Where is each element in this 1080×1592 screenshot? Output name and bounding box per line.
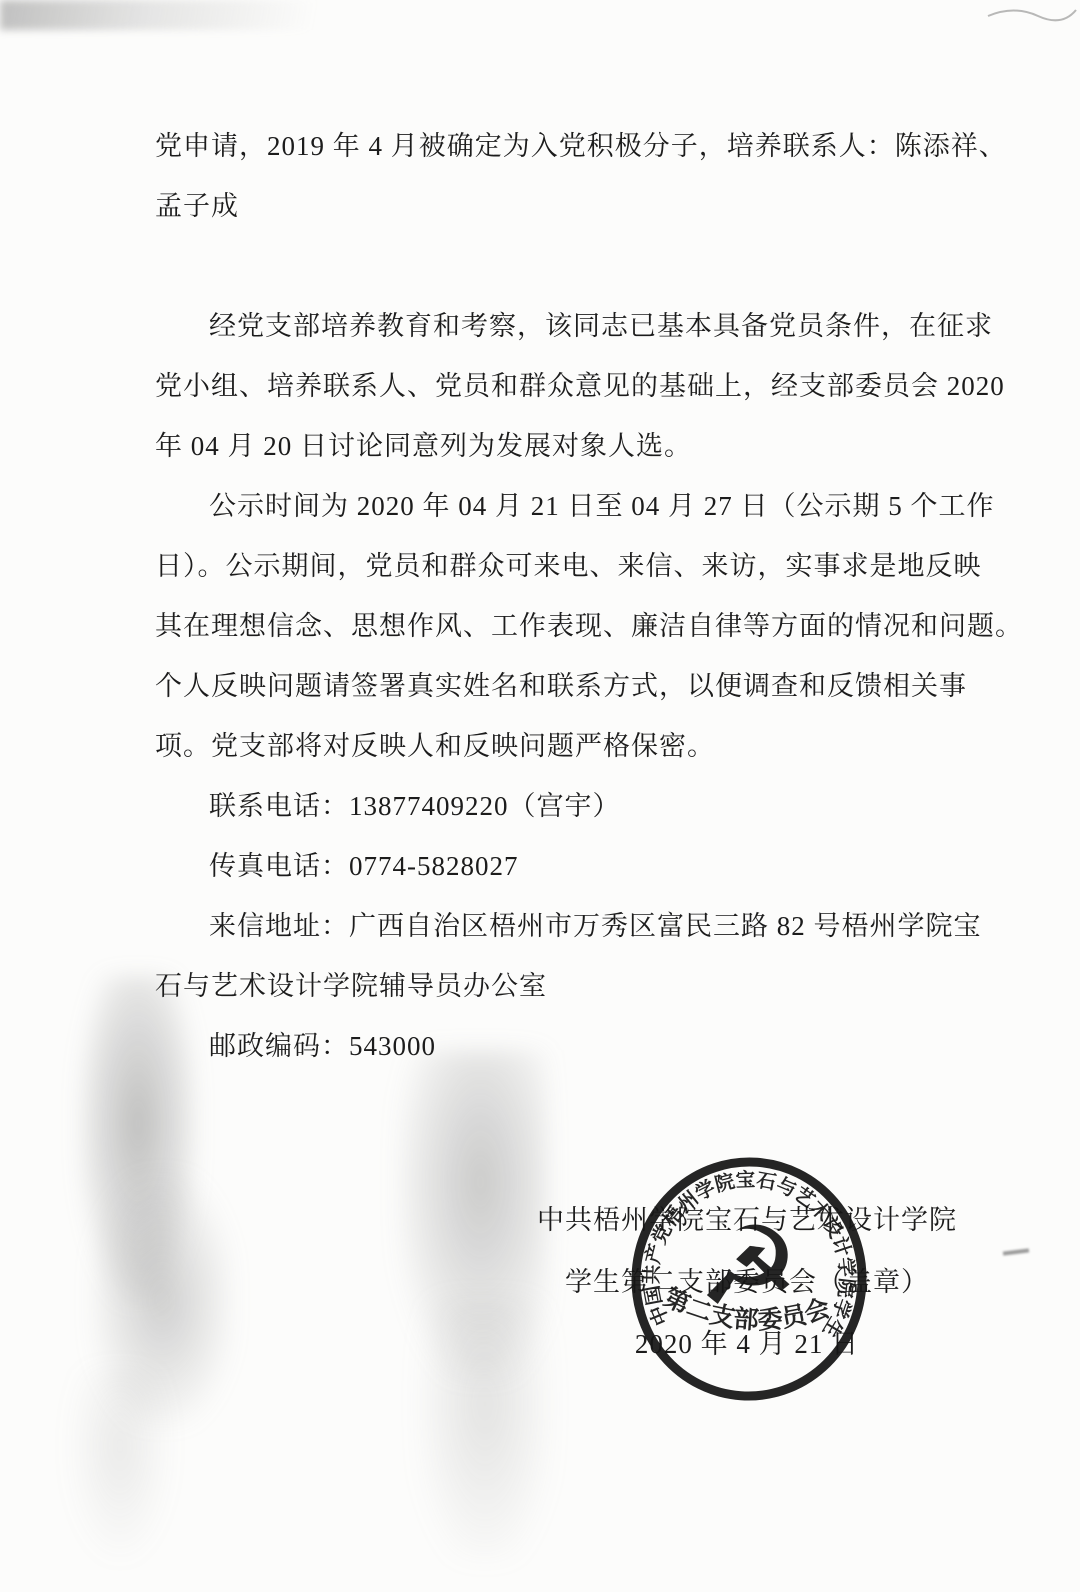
document-text-line: 党申请，2019 年 4 月被确定为入党积极分子，培养联系人：陈添祥、 — [155, 116, 945, 176]
document-text-line: 项。党支部将对反映人和反映问题严格保密。 — [155, 716, 945, 776]
document-text-line: 邮政编码：543000 — [155, 1016, 945, 1076]
scan-smudge — [398, 1050, 548, 1380]
scan-mark-dash — [1003, 1248, 1029, 1255]
document-text-line: 联系电话：13877409220（宫宇） — [155, 776, 945, 836]
document-text-line: 公示时间为 2020 年 04 月 21 日至 04 月 27 日（公示期 5 … — [155, 476, 945, 536]
document-text-line: 传真电话：0774-5828027 — [155, 836, 945, 896]
document-text-line: 党小组、培养联系人、党员和群众意见的基础上，经支部委员会 2020 — [155, 356, 945, 416]
document-text-line: 日）。公示期间，党员和群众可来电、来信、来访，实事求是地反映 — [155, 536, 945, 596]
document-text-line: 年 04 月 20 日讨论同意列为发展对象人选。 — [155, 416, 945, 476]
scan-noise-top-right — [980, 0, 1080, 30]
document-text-line: 来信地址：广西自治区梧州市万秀区富民三路 82 号梧州学院宝 — [155, 896, 945, 956]
document-body: 党申请，2019 年 4 月被确定为入党积极分子，培养联系人：陈添祥、孟子成经党… — [155, 0, 945, 1076]
scan-smudge — [420, 1300, 550, 1560]
document-text-line: 其在理想信念、思想作风、工作表现、廉洁自律等方面的情况和问题。 — [155, 596, 945, 656]
scan-smudge — [70, 1370, 170, 1560]
scanned-document-page: { "page": { "ink_color": "#1c1c1c", "sea… — [0, 0, 1080, 1592]
document-text-line: 个人反映问题请签署真实姓名和联系方式，以便调查和反馈相关事 — [155, 656, 945, 716]
document-text-line: 孟子成 — [155, 176, 945, 236]
official-seal: 中国共产党梧州学院宝石与艺术设计学院学生 ☭ 第二支部委员会 — [618, 1146, 881, 1413]
scan-smudge — [92, 1175, 232, 1425]
document-text-line: 石与艺术设计学院辅导员办公室 — [155, 956, 945, 1016]
document-text-line: 经党支部培养教育和考察，该同志已基本具备党员条件，在征求 — [155, 296, 945, 356]
